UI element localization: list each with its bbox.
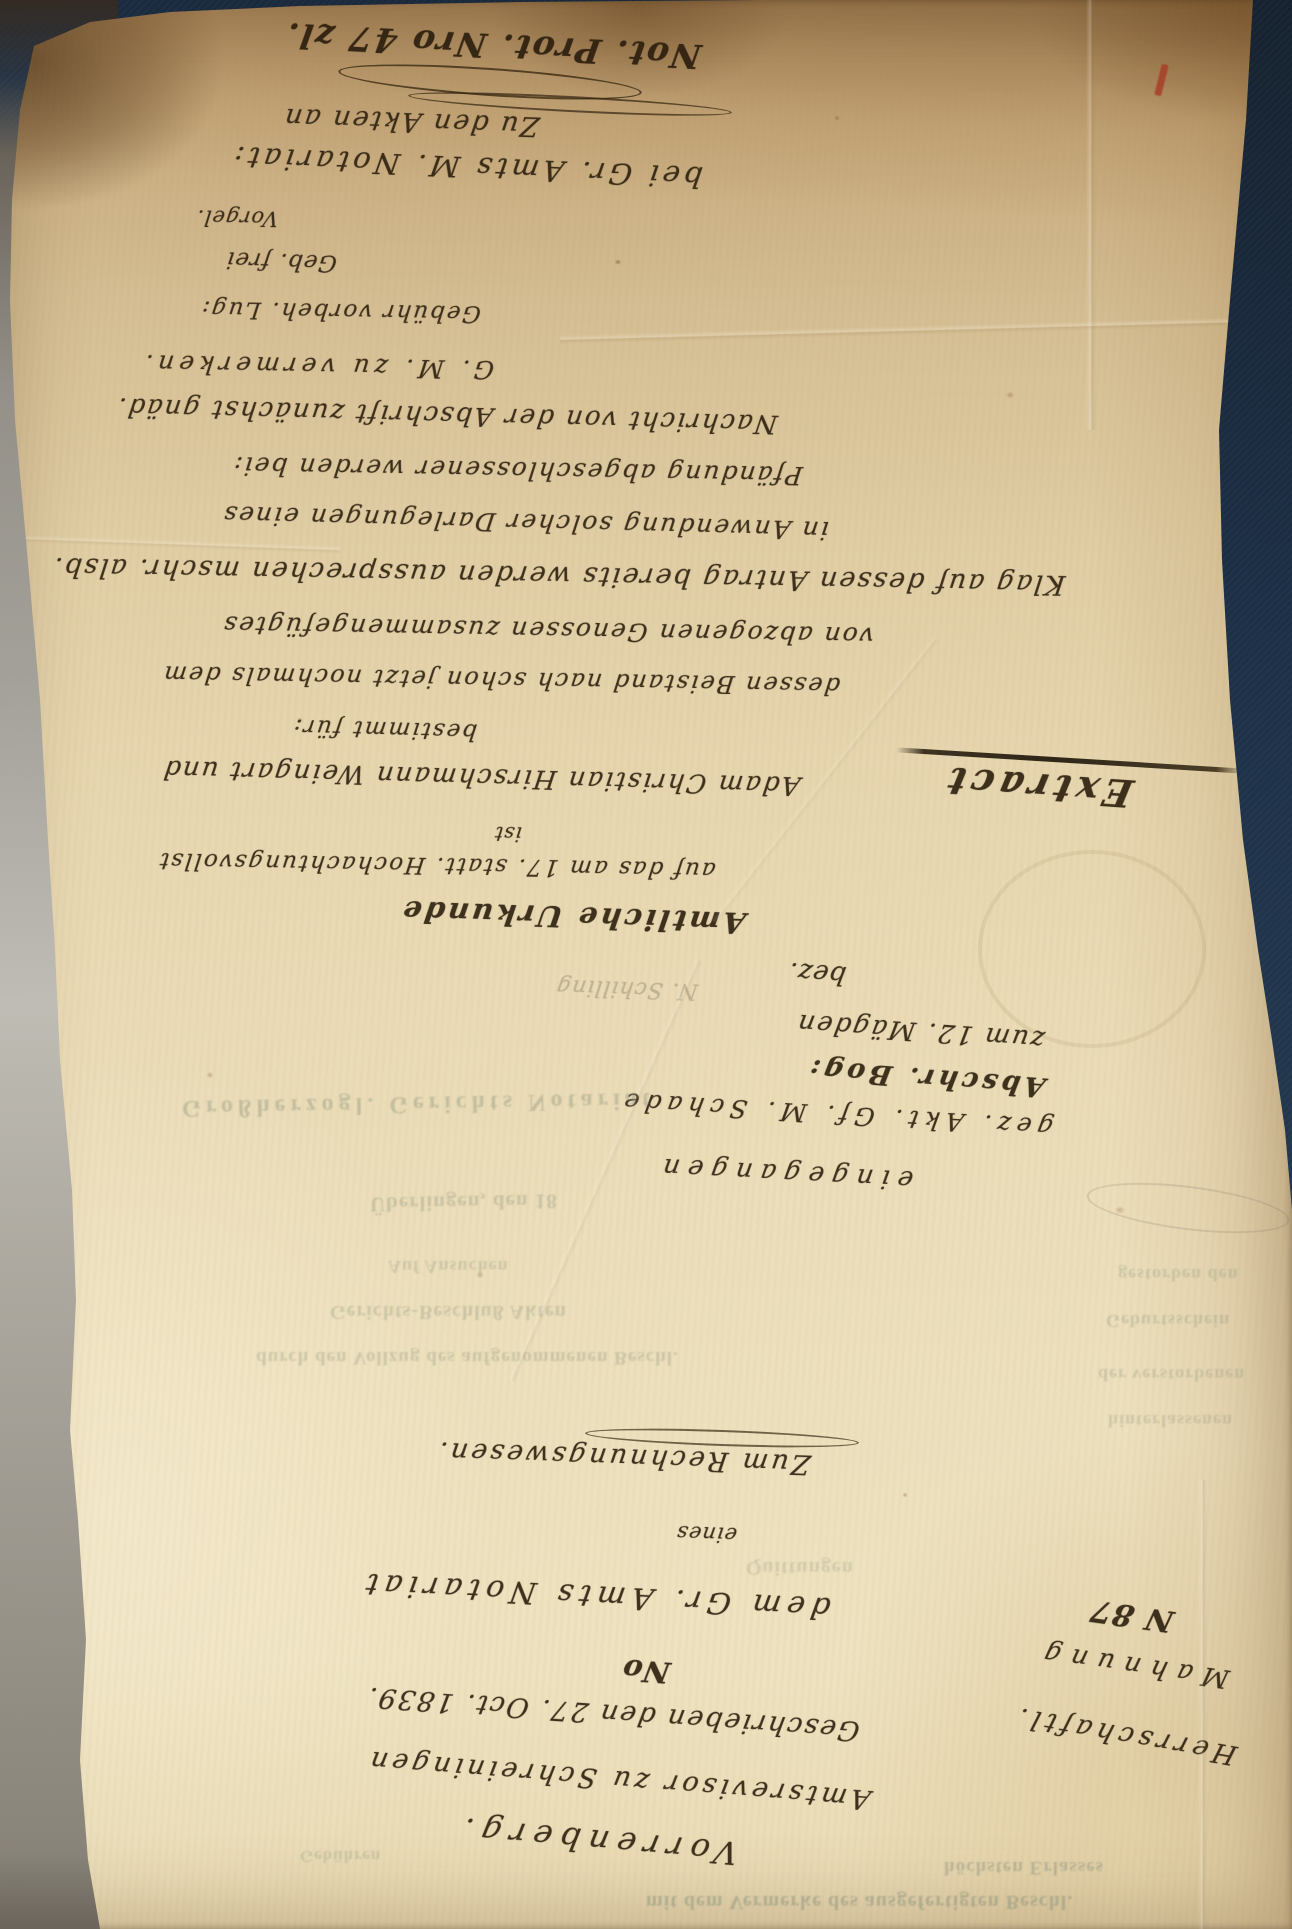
paper-crease	[1198, 1480, 1207, 1929]
paper-crease	[1086, 0, 1096, 430]
handwriting-line: G. M. zu vermerken.	[138, 349, 495, 384]
handwriting-line: Gebühr vorbeh. Lug:	[198, 296, 482, 327]
water-ring-stain	[978, 850, 1206, 1048]
handwriting-line: No	[619, 1652, 673, 1689]
bleedthrough-print-line: Gerichts-Beschluß Akten	[330, 1300, 567, 1323]
handwriting-line: Vorgel.	[195, 205, 280, 230]
handwriting-line: eines	[674, 1521, 738, 1547]
bleedthrough-print-line: mit dem Vermerke des ausgefertigten Besc…	[646, 1890, 1073, 1913]
bleedthrough-print-line: gestorben den	[1118, 1264, 1239, 1285]
bleedthrough-print-line: Geburtsschein	[1106, 1310, 1230, 1331]
handwriting-line: bez.	[785, 956, 848, 990]
bleedthrough-print-line: durch den Vollzug des aufgenommenen Besc…	[256, 1346, 679, 1368]
bleedthrough-print-line: Auf Ansuchen	[388, 1256, 509, 1277]
bleedthrough-print-line: Quittungen	[746, 1556, 854, 1579]
handwriting-line: ist	[493, 822, 524, 846]
photograph-of-manuscript: Not. Prot. Nro 47 zl.Zu den Akten anbei …	[0, 0, 1292, 1929]
bleedthrough-print-line: Überlingen, den 18	[370, 1188, 558, 1216]
bleedthrough-print-line: Gebühren	[300, 1846, 381, 1866]
manuscript-paper: Not. Prot. Nro 47 zl.Zu den Akten anbei …	[0, 0, 1292, 1929]
bleedthrough-print-line: hinterlassenen	[1108, 1410, 1233, 1431]
handwriting-line: bestimmt für:	[290, 714, 478, 745]
bleedthrough-print-line: höchsten Erlasses	[944, 1856, 1104, 1878]
bleedthrough-print-line: der verstorbenen	[1098, 1364, 1245, 1385]
handwriting-line: Geb. frei	[224, 246, 338, 276]
